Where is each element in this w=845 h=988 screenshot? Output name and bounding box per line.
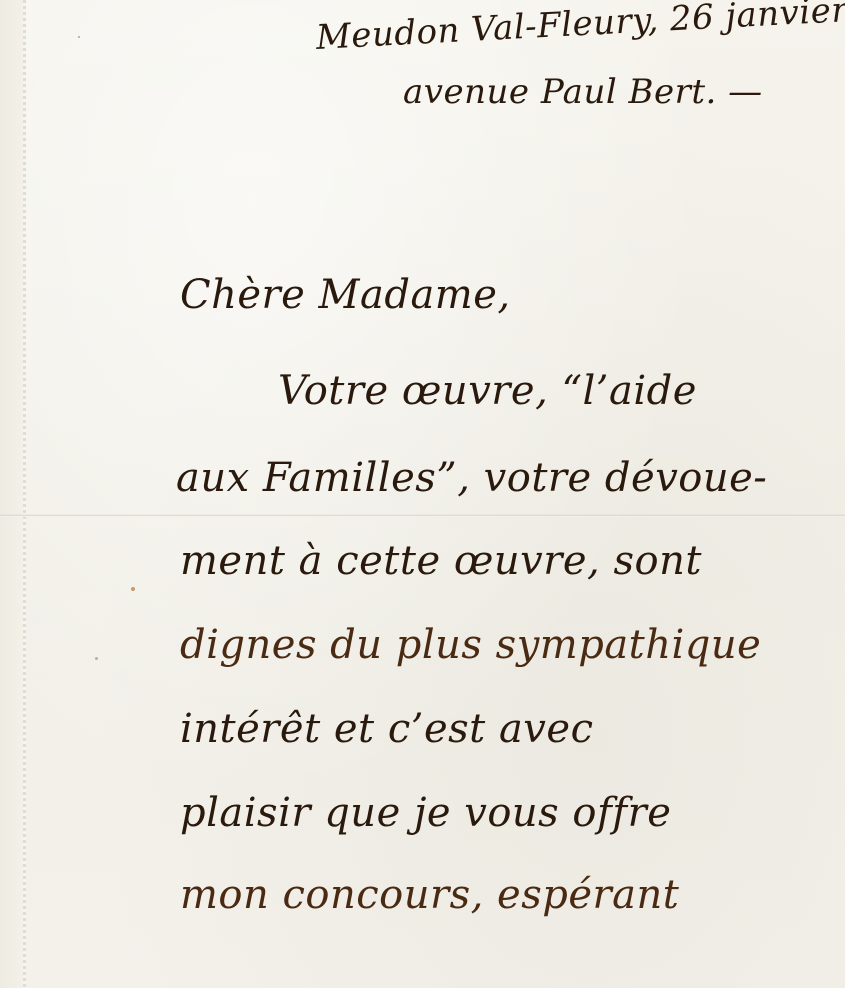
body-line-3: ment à cette œuvre, sont: [180, 538, 702, 584]
ink-spot: [78, 36, 80, 38]
paper-fold: [0, 514, 845, 517]
letter-sheet: Meudon Val-Fleury, 26 janvier 1914, aven…: [0, 0, 845, 988]
body-line-2: aux Familles”, votre dévoue-: [176, 455, 767, 501]
salutation: Chère Madame,: [180, 272, 511, 318]
ink-spot: [95, 657, 98, 660]
body-line-1: Votre œuvre, “l’aide: [278, 368, 697, 414]
body-line-5: intérêt et c’est avec: [180, 706, 593, 752]
body-line-6: plaisir que je vous offre: [180, 790, 671, 836]
perforation-line: [23, 0, 26, 988]
header-address: avenue Paul Bert. —: [403, 72, 763, 112]
ink-spot: [131, 587, 135, 591]
header-place-date: Meudon Val-Fleury, 26 janvier 1914,: [315, 0, 845, 58]
binding-margin: [0, 0, 23, 988]
body-line-7: mon concours, espérant: [180, 872, 679, 918]
body-line-4: dignes du plus sympathique: [180, 622, 761, 668]
